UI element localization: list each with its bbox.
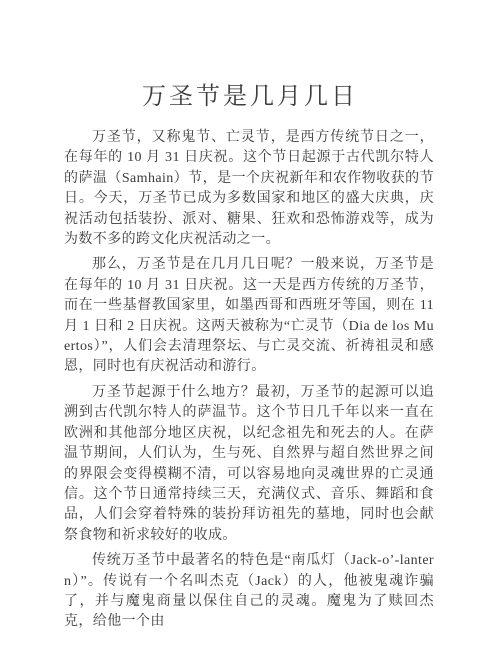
paragraph: 万圣节，又称鬼节、亡灵节，是西方传统节日之一，在每年的 10 月 31 日庆祝。… xyxy=(64,128,434,250)
document-page: 万圣节是几月几日 万圣节，又称鬼节、亡灵节，是西方传统节日之一，在每年的 10 … xyxy=(0,0,500,647)
paragraph: 万圣节起源于什么地方？最初，万圣节的起源可以追溯到古代凯尔特人的萨温节。这个节日… xyxy=(64,383,434,546)
paragraph: 那么，万圣节是在几月几日呢？一般来说，万圣节是在每年的 10 月 31 日庆祝。… xyxy=(64,255,434,377)
document-title: 万圣节是几月几日 xyxy=(0,0,500,112)
document-body: 万圣节，又称鬼节、亡灵节，是西方传统节日之一，在每年的 10 月 31 日庆祝。… xyxy=(64,128,434,633)
paragraph: 传统万圣节中最著名的特色是“南瓜灯（Jack-o’-lantern）”。传说有一… xyxy=(64,551,434,633)
